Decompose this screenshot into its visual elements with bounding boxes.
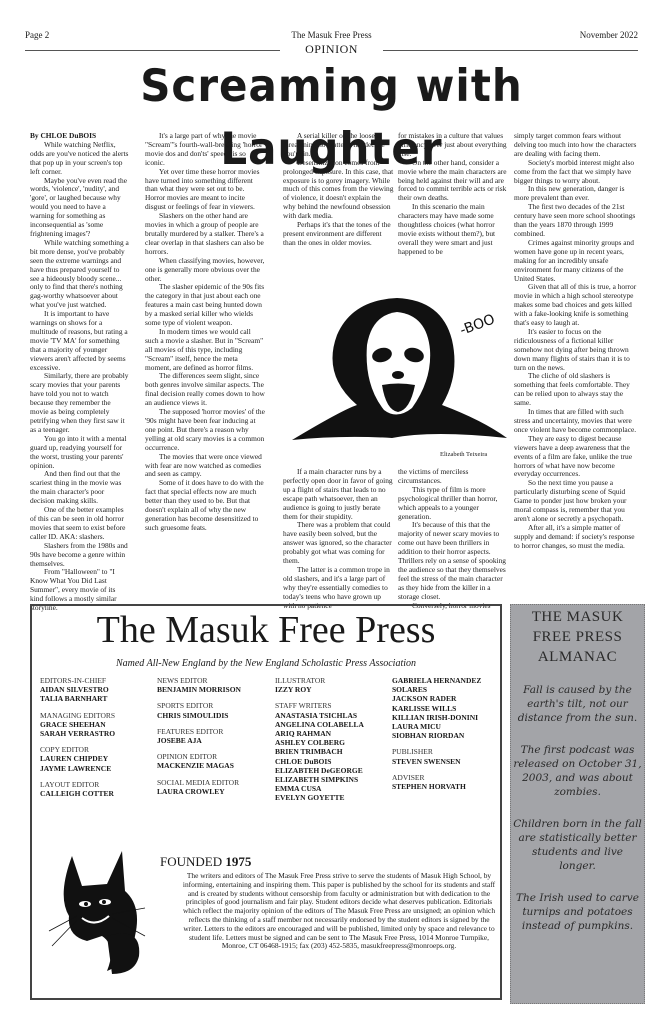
almanac-fact: The first podcast was released on Octobe… (511, 743, 644, 799)
article-column-2: It's a large part of why the movie "Scre… (145, 132, 265, 533)
paragraph: Given that all of this is true, a horror… (514, 283, 640, 328)
article-column-4-top: for mistakes in a culture that values ef… (398, 132, 508, 257)
staff-role: ILLUSTRATOR (275, 676, 385, 685)
rule-right (383, 50, 638, 51)
staff-name: CHRIS SIMOULIDIS (157, 711, 267, 720)
staff-name: ELIZABETH SIMPKINS (275, 775, 385, 784)
paragraph: Some of it does have to do with the fact… (145, 479, 265, 532)
almanac-title-line: ALMANAC (511, 649, 644, 665)
paragraph: Maybe you've even read the words, 'viole… (30, 177, 130, 239)
almanac-box: THE MASUK FREE PRESS ALMANAC Fall is cau… (510, 604, 645, 1004)
staff-name: MACKENZIE MAGAS (157, 761, 267, 770)
staff-column-3: ILLUSTRATOR IZZY ROY STAFF WRITERS ANAST… (275, 676, 385, 803)
staff-name: AIDAN SILVESTRO (40, 685, 150, 694)
paragraph: Perhaps it's that the tones of the prese… (283, 221, 395, 248)
cat-mascot-illustration (47, 836, 147, 976)
paragraph: Slashers from the 1980s and 90s have bec… (30, 542, 130, 569)
article-column-1: By CHLOE DuBOIS While watching Netflix, … (30, 132, 130, 613)
paragraph: In times that are filled with such stres… (514, 408, 640, 435)
staff-role: ADVISER (392, 773, 502, 782)
staff-name: JOSEBE AJA (157, 736, 267, 745)
paragraph: In modern times we would call such a mov… (145, 328, 265, 373)
staff-name: TALIA BARNHART (40, 694, 150, 703)
almanac-fact: Fall is caused by the earth's tilt, not … (511, 683, 644, 725)
founded-line: FOUNDED 1975 (160, 854, 251, 870)
paragraph: After all, it's a simple matter of suppl… (514, 524, 640, 551)
paragraph: There was a problem that could have easi… (283, 521, 395, 566)
staff-role: NEWS EDITOR (157, 676, 267, 685)
paragraph: Slashers on the other hand are movies in… (145, 212, 265, 257)
staff-name: EMMA CUSA (275, 784, 385, 793)
paragraph: Desensitization comes from prolonged exp… (283, 159, 395, 221)
staff-name: SIOBHAN RIORDAN (392, 731, 502, 740)
staff-name: ANGELINA COLABELLA (275, 720, 385, 729)
staff-column-1: EDITORS-IN-CHIEF AIDAN SILVESTRO TALIA B… (40, 676, 150, 798)
masthead-subtitle: Named All-New England by the New England… (32, 658, 500, 669)
paragraph: It's because of this that the majority o… (398, 521, 508, 601)
founded-year: 1975 (225, 854, 251, 869)
staff-name: IZZY ROY (275, 685, 385, 694)
almanac-title-line: FREE PRESS (511, 629, 644, 645)
staff-name: STEPHEN HORVATH (392, 782, 502, 791)
staff-name: GABRIELA HERNANDEZ SOLARES (392, 676, 502, 694)
staff-name: CALLEIGH COTTER (40, 789, 150, 798)
paragraph: The cliche of old slashers is something … (514, 372, 640, 408)
boo-text: -BOO (458, 311, 497, 338)
paragraph: The first two decades of the 21st centur… (514, 203, 640, 239)
paragraph: for mistakes in a culture that values ef… (398, 132, 508, 159)
paragraph: simply target common fears without delvi… (514, 132, 640, 159)
paragraph: In this scenario the main characters may… (398, 203, 508, 256)
staff-name: JACKSON RADER (392, 694, 502, 703)
staff-name: ELIZABTEH DeGEORGE (275, 766, 385, 775)
paragraph: Crimes against minority groups and women… (514, 239, 640, 284)
paragraph: It's a large part of why the movie "Scre… (145, 132, 265, 168)
staff-role: MANAGING EDITORS (40, 711, 150, 720)
staff-role: LAYOUT EDITOR (40, 780, 150, 789)
paragraph: While watching something a bit more dens… (30, 239, 130, 310)
staff-name: ASHLEY COLBERG (275, 738, 385, 747)
paragraph: Yet over time these horror movies have t… (145, 168, 265, 213)
almanac-fact: The Irish used to carve turnips and pota… (511, 891, 644, 933)
staff-name: KILLIAN IRISH-DONINI (392, 713, 502, 722)
staff-name: BRIEN TRIMBACH (275, 747, 385, 756)
paragraph: The movies that were once viewed with fe… (145, 453, 265, 480)
staff-name: ANASTASIA TSICHLAS (275, 711, 385, 720)
paragraph: On the other hand, consider a movie wher… (398, 159, 508, 204)
staff-column-4: GABRIELA HERNANDEZ SOLARES JACKSON RADER… (392, 676, 502, 791)
almanac-title-line: THE MASUK (511, 609, 644, 625)
staff-name: JAYME LAWRENCE (40, 764, 150, 773)
staff-role: SOCIAL MEDIA EDITOR (157, 778, 267, 787)
masthead-title: The Masuk Free Press (32, 608, 500, 652)
paragraph: You go into it with a mental guard up, r… (30, 435, 130, 471)
staff-role: PUBLISHER (392, 747, 502, 756)
founded-label: FOUNDED (160, 854, 222, 869)
staff-name: GRACE SHEEHAN (40, 720, 150, 729)
paragraph: The slasher epidemic of the 90s fits the… (145, 283, 265, 328)
staff-name: KARLISSE WILLS (392, 704, 502, 713)
article-column-5: simply target common fears without delvi… (514, 132, 640, 551)
paragraph: The supposed 'horror movies' of the '90s… (145, 408, 265, 453)
staff-name: EVELYN GOYETTE (275, 793, 385, 802)
article-column-3-top: A serial killer on the loose is threaten… (283, 132, 395, 248)
staff-name: ARIQ RAHMAN (275, 729, 385, 738)
staff-role: SPORTS EDITOR (157, 701, 267, 710)
paragraph: And then find out that the scariest thin… (30, 470, 130, 506)
paragraph: So the next time you pause a particularl… (514, 479, 640, 524)
paragraph: It's easier to focus on the ridiculousne… (514, 328, 640, 373)
illustration-credit: Elizabeth Teixeira (440, 451, 487, 458)
staff-column-2: NEWS EDITOR BENJAMIN MORRISON SPORTS EDI… (157, 676, 267, 796)
ghostface-illustration: -BOO (282, 290, 517, 450)
staff-name: LAURA CROWLEY (157, 787, 267, 796)
staff-role: FEATURES EDITOR (157, 727, 267, 736)
paragraph: A serial killer on the loose is threaten… (283, 132, 395, 159)
paragraph: One of the better examples of this can b… (30, 506, 130, 542)
paragraph: the victims of merciless circumstances. (398, 468, 508, 486)
paragraph: While watching Netflix, odds are you've … (30, 141, 130, 177)
paragraph: When classifying movies, however, one is… (145, 257, 265, 284)
about-statement: The writers and editors of The Masuk Fre… (180, 872, 498, 951)
paragraph: It is important to have warnings on show… (30, 310, 130, 372)
paragraph: Similarly, there are probably scary movi… (30, 372, 130, 434)
article-column-3-bottom: If a main character runs by a perfectly … (283, 468, 395, 611)
staff-role: OPINION EDITOR (157, 752, 267, 761)
staff-name: SARAH VERRASTRO (40, 729, 150, 738)
paragraph: They are easy to digest because viewers … (514, 435, 640, 480)
staff-name: LAURA MICU (392, 722, 502, 731)
staff-name: CHLOE DuBOIS (275, 757, 385, 766)
staff-role: COPY EDITOR (40, 745, 150, 754)
staff-name: STEVEN SWENSEN (392, 757, 502, 766)
almanac-fact: Children born in the fall are statistica… (511, 817, 644, 873)
paragraph: In this new generation, danger is more p… (514, 185, 640, 203)
paragraph: Society's morbid interest might also com… (514, 159, 640, 186)
staff-name: LAUREN CHIPDEY (40, 754, 150, 763)
article-column-4-bottom: the victims of merciless circumstances. … (398, 468, 508, 611)
publication-name: The Masuk Free Press (25, 30, 638, 40)
staff-role: STAFF WRITERS (275, 701, 385, 710)
paragraph: If a main character runs by a perfectly … (283, 468, 395, 521)
paragraph: The differences seem slight, since both … (145, 372, 265, 408)
paragraph: This type of film is more psychological … (398, 486, 508, 522)
staff-name: BENJAMIN MORRISON (157, 685, 267, 694)
masthead-box: The Masuk Free Press Named All-New Engla… (30, 604, 502, 1000)
issue-date: November 2022 (580, 30, 638, 40)
staff-role: EDITORS-IN-CHIEF (40, 676, 150, 685)
